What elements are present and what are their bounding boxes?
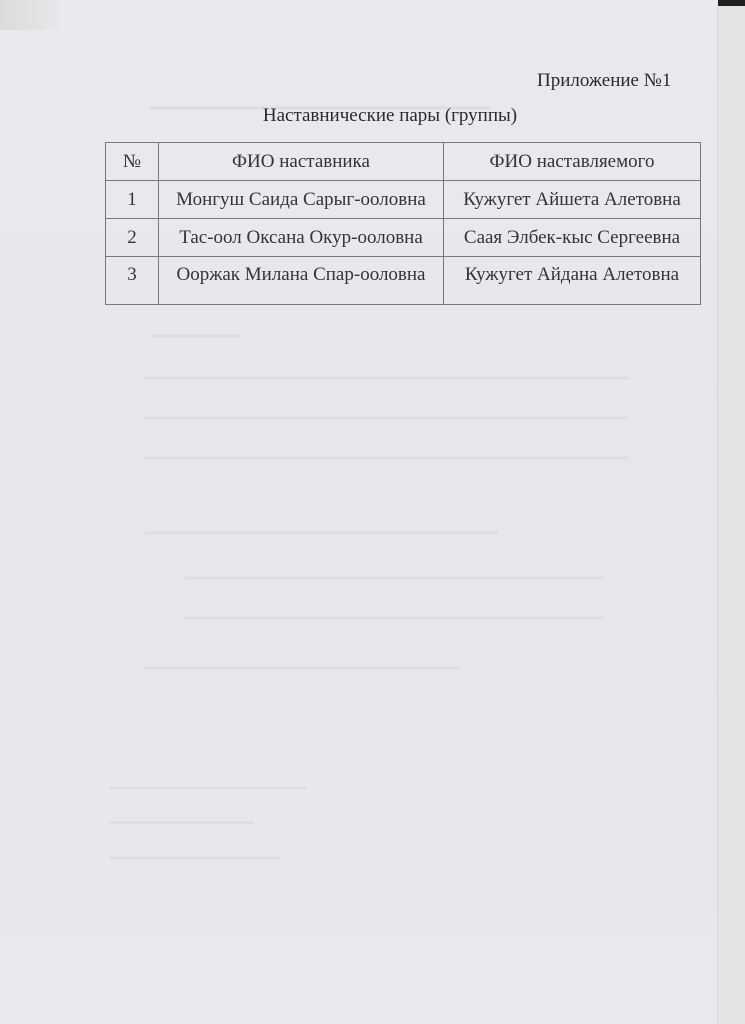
mentorship-pairs-table: № ФИО наставника ФИО наставляемого 1 Мон… [105,142,701,305]
table-row: 1 Монгуш Саида Сарыг-ооловна Кужугет Айш… [106,181,701,219]
bleed-through-text: ▁▁▁▁▁▁▁▁▁▁▁▁▁ [110,840,280,860]
page-edge [717,6,745,1024]
page-fold-shadow [0,0,60,30]
table-header-row: № ФИО наставника ФИО наставляемого [106,143,701,181]
mentor-name: Монгуш Саида Сарыг-ооловна [159,181,444,219]
bleed-through-text: ▁▁▁▁▁▁▁▁▁▁▁▁▁▁▁▁▁▁▁▁▁▁▁▁▁▁▁▁▁▁▁▁▁▁▁▁▁ [145,400,629,420]
header-mentor: ФИО наставника [159,143,444,181]
bleed-through-text: ▁▁▁▁▁▁▁▁▁▁▁▁▁▁▁▁▁▁▁▁▁▁▁▁▁▁▁ [145,515,498,535]
bleed-through-text: ▁▁▁▁▁▁▁▁▁▁▁ [110,805,254,825]
bleed-through-text: ▁▁▁▁▁▁▁ [150,318,242,338]
header-mentee: ФИО наставляемого [444,143,701,181]
table-title: Наставнические пары (группы) [0,105,745,127]
mentor-name: Тас-оол Оксана Окур-ооловна [159,219,444,257]
scanned-page: ▁▁▁▁▁▁▁▁▁▁▁▁▁▁▁▁▁▁▁▁▁▁▁▁▁▁ ▁▁▁▁▁▁▁ ▁▁▁▁▁… [0,0,718,1024]
table-row: 2 Тас-оол Оксана Окур-ооловна Саая Элбек… [106,219,701,257]
table-row: 3 Ооржак Милана Спар-ооловна Кужугет Айд… [106,257,701,305]
bleed-through-text: ▁▁▁▁▁▁▁▁▁▁▁▁▁▁▁▁▁▁▁▁▁▁▁▁ [145,650,459,670]
appendix-label: Приложение №1 [537,70,671,92]
row-number: 1 [106,181,159,219]
bleed-through-text: ▁▁▁▁▁▁▁▁▁▁▁▁▁▁▁▁▁▁▁▁▁▁▁▁▁▁▁▁▁▁▁▁▁▁▁▁▁ [145,360,629,380]
bleed-through-text: ▁▁▁▁▁▁▁▁▁▁▁▁▁▁▁▁▁▁▁▁▁▁▁▁▁▁▁▁▁▁▁▁ [185,560,603,580]
bleed-through-text: ▁▁▁▁▁▁▁▁▁▁▁▁▁▁▁▁▁▁▁▁▁▁▁▁▁▁▁▁▁▁▁▁ [185,600,603,620]
header-number: № [106,143,159,181]
bleed-through-text: ▁▁▁▁▁▁▁▁▁▁▁▁▁▁▁▁▁▁▁▁▁▁▁▁▁▁▁▁▁▁▁▁▁▁▁▁▁ [145,440,629,460]
row-number: 3 [106,257,159,305]
row-number: 2 [106,219,159,257]
mentee-name: Саая Элбек-кыс Сергеевна [444,219,701,257]
mentee-name: Кужугет Айшета Алетовна [444,181,701,219]
mentor-name: Ооржак Милана Спар-ооловна [159,257,444,305]
bleed-through-text: ▁▁▁▁▁▁▁▁▁▁▁▁▁▁▁ [110,770,306,790]
mentee-name: Кужугет Айдана Алетовна [444,257,701,305]
